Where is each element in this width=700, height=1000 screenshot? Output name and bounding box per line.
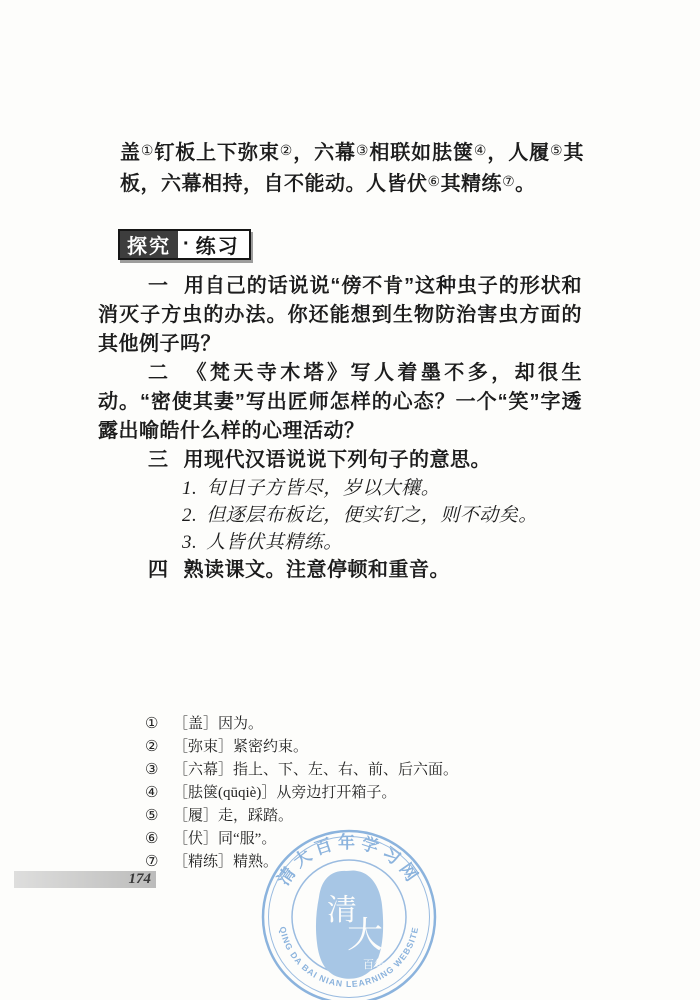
footnote-marker: ③: [145, 759, 173, 782]
exercise-text: 用现代汉语说说下列句子的意思。: [184, 449, 492, 471]
subitem-number: 3.: [182, 532, 197, 553]
subitem-text: 但逐层布板讫，便实钉之，则不动矣。: [206, 505, 538, 526]
exercise-list: 一用自己的话说说“傍不肯”这种虫子的形状和消灭子方虫的办法。你还能想到生物防治害…: [98, 272, 582, 585]
footnote-text: ［履］走，踩踏。: [173, 805, 515, 828]
footnote-ref-marker: ⑤: [550, 144, 563, 159]
exercise-item-2: 二《梵天寺木塔》写人着墨不多，却很生动。“密使其妻”写出匠师怎样的心态？一个“笑…: [98, 359, 582, 446]
section-header-secondary-label: 练习: [196, 230, 240, 259]
footnote-marker: ②: [145, 736, 173, 759]
footnote: ⑤ ［履］走，踩踏。: [145, 805, 515, 828]
watermark-seal-char-main: 大: [347, 915, 383, 955]
footnote: ③ ［六幕］指上、下、左、右、前、后六面。: [145, 759, 515, 782]
footnote-ref-marker: ⑥: [428, 175, 441, 190]
footnote-marker: ⑤: [145, 805, 173, 828]
footnote-ref-marker: ④: [474, 144, 487, 159]
exercise-text: 熟读课文。注意停顿和重音。: [184, 559, 451, 581]
exercise-number: 二: [148, 362, 171, 384]
exercise-item-1: 一用自己的话说说“傍不肯”这种虫子的形状和消灭子方虫的办法。你还能想到生物防治害…: [98, 272, 582, 359]
footnote-marker: ④: [145, 782, 173, 805]
exercise-number: 三: [148, 449, 169, 471]
footnote-ref-marker: ③: [356, 144, 369, 159]
subitem-text: 旬日子方皆尽，岁以大穰。: [206, 478, 440, 499]
footnote-text: ［胠箧(qūqiè)］从旁边打开箱子。: [173, 782, 515, 805]
section-header-separator: ·: [183, 233, 192, 256]
watermark-seal-subtext: 百年: [363, 957, 385, 971]
footnote-text: ［弥束］紧密约束。: [173, 736, 515, 759]
section-header-secondary: ·练习: [178, 231, 249, 258]
exercise-item-3: 三用现代汉语说说下列句子的意思。: [98, 446, 582, 475]
exercise-subitem-1: 1.旬日子方皆尽，岁以大穰。: [182, 475, 582, 502]
exercise-subitem-2: 2.但逐层布板讫，便实钉之，则不动矣。: [182, 502, 582, 529]
section-header: 探究 ·练习: [118, 229, 251, 260]
footnote: ① ［盖］因为。: [145, 713, 515, 736]
footnote-marker: ①: [145, 713, 173, 736]
footnote-ref-marker: ⑦: [502, 175, 515, 190]
footnote: ② ［弥束］紧密约束。: [145, 736, 515, 759]
page-number: 174: [129, 871, 152, 888]
textbook-page: 盖①钉板上下弥束②，六幕③相联如胠箧④，人履⑤其板，六幕相持，自不能动。人皆伏⑥…: [0, 0, 700, 1000]
subitem-text: 人皆伏其精练。: [206, 532, 343, 553]
subitem-number: 1.: [182, 478, 197, 499]
lesson-paragraph: 盖①钉板上下弥束②，六幕③相联如胠箧④，人履⑤其板，六幕相持，自不能动。人皆伏⑥…: [120, 137, 584, 199]
footnote-text: ［盖］因为。: [173, 713, 515, 736]
footnote: ④ ［胠箧(qūqiè)］从旁边打开箱子。: [145, 782, 515, 805]
footnote-ref-marker: ②: [280, 144, 293, 159]
exercise-item-4: 四熟读课文。注意停顿和重音。: [98, 556, 582, 585]
footnote-marker: ⑥: [145, 828, 173, 851]
exercise-text: 用自己的话说说“傍不肯”这种虫子的形状和消灭子方虫的办法。你还能想到生物防治害虫…: [98, 275, 582, 355]
exercise-subitem-3: 3.人皆伏其精练。: [182, 529, 582, 556]
footnote-ref-marker: ①: [141, 144, 154, 159]
footnote-text: ［六幕］指上、下、左、右、前、后六面。: [173, 759, 515, 782]
page-number-bar: 174: [14, 871, 156, 888]
subitem-number: 2.: [182, 505, 197, 526]
exercise-number: 一: [148, 275, 169, 297]
watermark-seal: 清大百年学习网 QING DA BAI NIAN LEARNING WEBSIT…: [259, 827, 439, 1000]
section-header-primary: 探究: [120, 231, 178, 258]
exercise-number: 四: [148, 559, 169, 581]
